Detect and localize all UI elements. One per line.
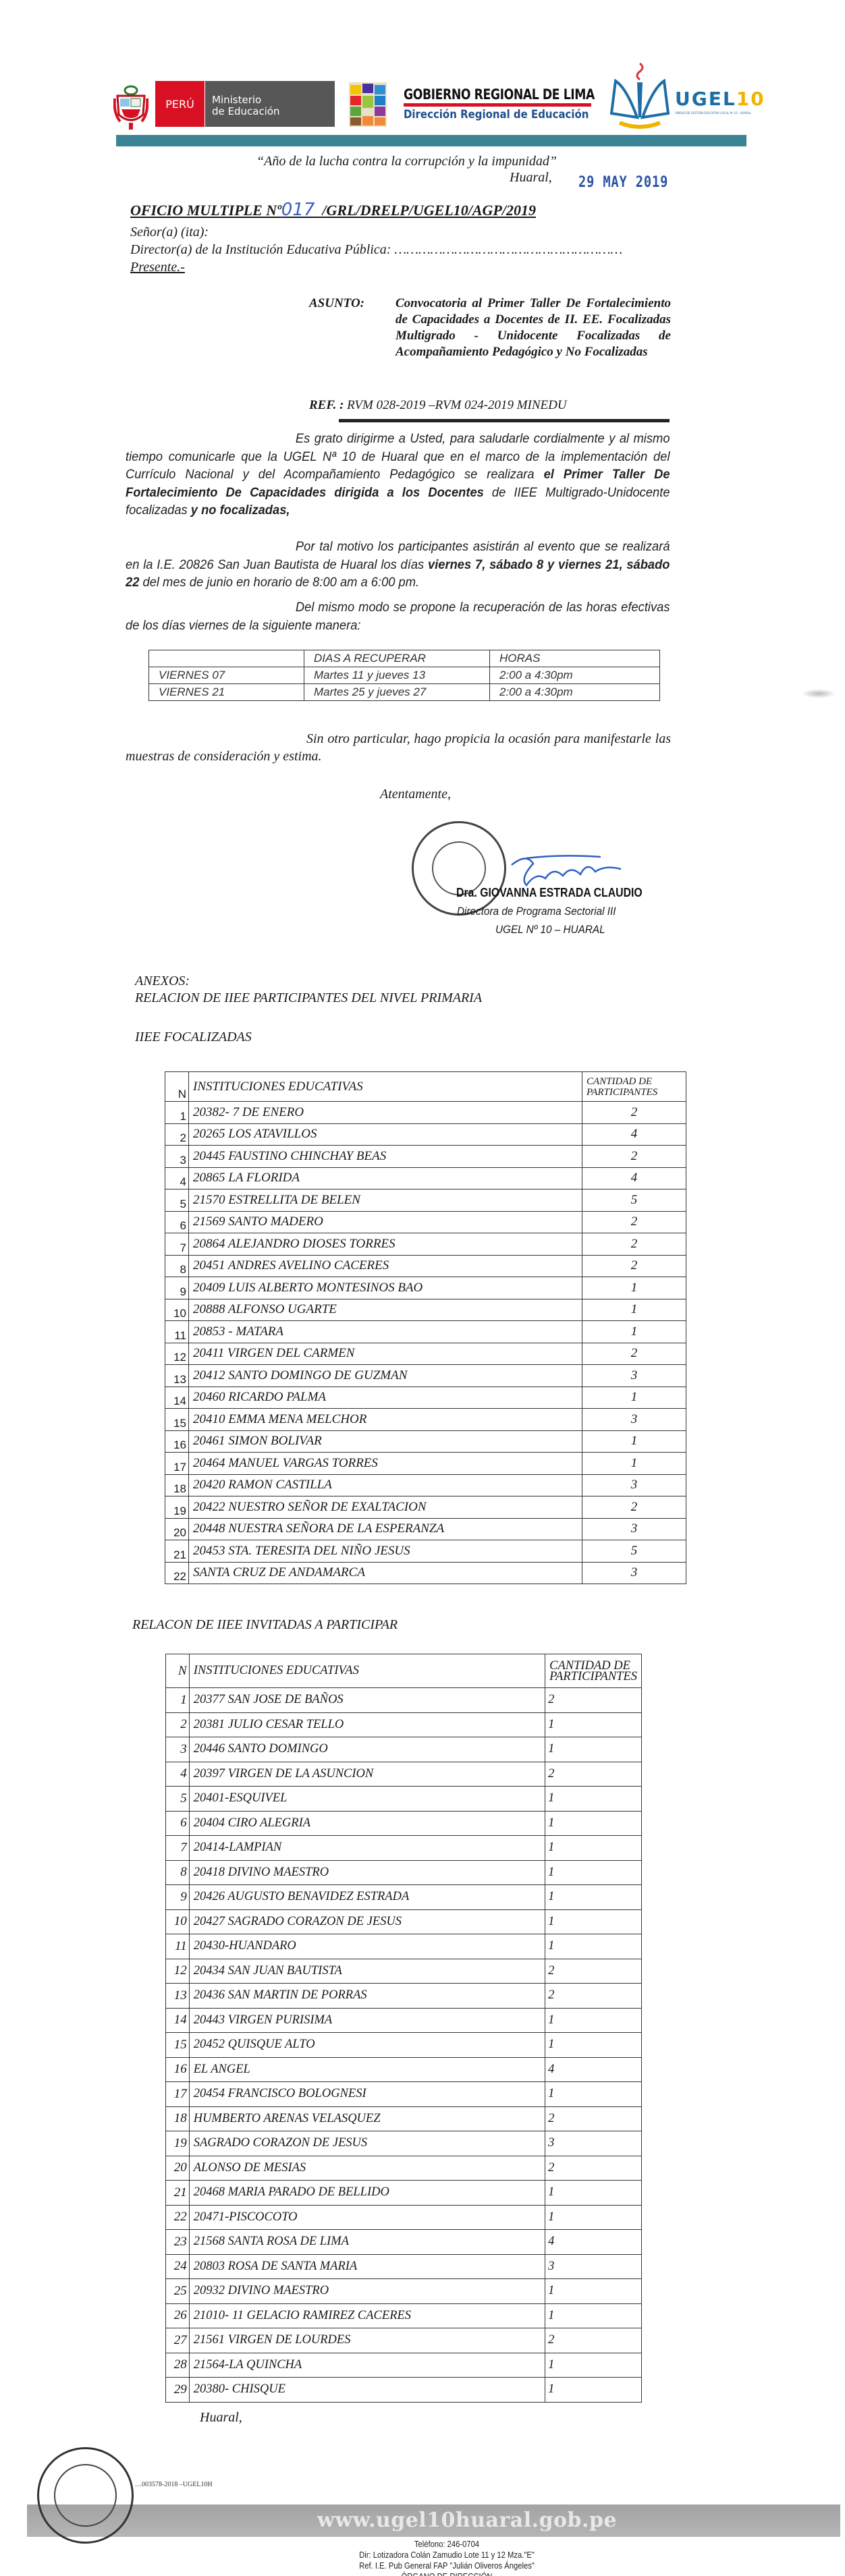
table-row: 220381 JULIO CESAR TELLO1 — [166, 1712, 642, 1737]
row-number: 17 — [165, 1453, 189, 1475]
closing-place: Huaral, — [200, 2410, 242, 2426]
institution-name: 20888 ALFONSO UGARTE — [189, 1299, 582, 1321]
participant-count: 2 — [582, 1211, 686, 1233]
institution-name: 21569 SANTO MADERO — [189, 1211, 582, 1233]
participant-count: 1 — [582, 1321, 686, 1343]
institution-name: 20454 FRANCISCO BOLOGNESI — [189, 2082, 545, 2107]
row-number: 20 — [166, 2156, 190, 2181]
row-number: 15 — [165, 1409, 189, 1431]
row-number: 19 — [166, 2131, 190, 2156]
row-number: 19 — [165, 1496, 189, 1519]
table-row: 520401-ESQUIVEL1 — [166, 1787, 642, 1812]
stamp-note: …003578-2018 –UGEL10H — [135, 2481, 213, 2488]
row-number: 25 — [166, 2279, 190, 2304]
institution-name: 20380- CHISQUE — [189, 2378, 545, 2403]
date-stamp: 29 MAY 2019 — [578, 174, 668, 191]
addressee-salutation: Señor(a) (ita): — [130, 225, 209, 240]
row-number: 11 — [165, 1321, 189, 1343]
row-number: 1 — [166, 1688, 190, 1713]
participant-count: 1 — [545, 1811, 642, 1836]
institution-name: 20468 MARIA PARADO DE BELLIDO — [189, 2181, 545, 2206]
p2-text-c: del mes de junio en horario de 8:00 am a… — [139, 575, 419, 590]
table-row: 1520452 QUISQUE ALTO1 — [166, 2033, 642, 2058]
row-number: 14 — [165, 1387, 189, 1409]
addressee-institution: Director(a) de la Institución Educativa … — [130, 242, 622, 258]
participant-count: 3 — [582, 1409, 686, 1431]
institution-name: 20446 SANTO DOMINGO — [189, 1737, 545, 1762]
table-header-row: DIAS A RECUPERAR HORAS — [149, 650, 660, 667]
participant-count: 1 — [545, 2033, 642, 2058]
table-header-row: NINSTITUCIONES EDUCATIVASCANTIDAD DE PAR… — [166, 1654, 642, 1688]
institution-name: SAGRADO CORAZON DE JESUS — [189, 2131, 545, 2156]
institution-name: 20461 SIMON BOLIVAR — [189, 1430, 582, 1453]
row-number: 3 — [166, 1737, 190, 1762]
participant-count: 2 — [545, 2106, 642, 2131]
oficio-number: OFICIO MULTIPLE Nº017 /GRL/DRELP/UGEL10/… — [130, 200, 536, 220]
table-cell: Martes 25 y jueves 27 — [304, 684, 490, 701]
body-paragraph-2: Por tal motivo los participantes asistir… — [126, 538, 670, 592]
institution-name: 20401-ESQUIVEL — [189, 1787, 545, 1812]
participant-count: 2 — [545, 1762, 642, 1787]
row-number: 22 — [165, 1562, 189, 1584]
place-label: Huaral, — [510, 170, 552, 186]
participant-count: 2 — [545, 1959, 642, 1984]
row-number: 27 — [166, 2328, 190, 2353]
table-row: VIERNES 21 Martes 25 y jueves 27 2:00 a … — [149, 684, 660, 701]
table-row: 2020448 NUESTRA SEÑORA DE LA ESPERANZA3 — [165, 1518, 686, 1540]
header-institution: INSTITUCIONES EDUCATIVAS — [189, 1072, 582, 1102]
footer-website-link[interactable]: www.ugel10huaral.gob.pe — [317, 2509, 617, 2532]
header-cell — [149, 650, 304, 667]
row-number: 16 — [165, 1430, 189, 1453]
body-paragraph-1: Es grato dirigirme a Usted, para saludar… — [126, 430, 670, 520]
header-institution: INSTITUCIONES EDUCATIVAS — [189, 1654, 545, 1688]
table-row: 1320412 SANTO DOMINGO DE GUZMAN3 — [165, 1365, 686, 1387]
addressee-presente: Presente.- — [130, 260, 185, 275]
table-row: 1620461 SIMON BOLIVAR1 — [165, 1430, 686, 1453]
footer-reference: Ref. I.E. Pub General FAP "Julián Oliver… — [265, 2561, 629, 2571]
participant-count: 1 — [545, 1737, 642, 1762]
institution-name: 20464 MANUEL VARGAS TORRES — [189, 1453, 582, 1475]
asunto-block: ASUNTO: Convocatoria al Primer Taller De… — [309, 296, 671, 360]
institution-name: 20430-HUANDARO — [189, 1934, 545, 1959]
participant-count: 3 — [582, 1474, 686, 1496]
table-row: 2920380- CHISQUE1 — [166, 2378, 642, 2403]
ministerio-educacion-logo: Ministerio de Educación — [205, 81, 335, 127]
gobierno-regional-divider — [404, 103, 591, 107]
horizontal-rule — [339, 419, 670, 422]
institution-name: 21570 ESTRELLITA DE BELEN — [189, 1189, 582, 1212]
participant-count: 1 — [545, 1787, 642, 1812]
oficio-handwritten-number: 017 — [281, 200, 315, 220]
institution-name: HUMBERTO ARENAS VELASQUEZ — [189, 2106, 545, 2131]
institution-name: 20404 CIRO ALEGRIA — [189, 1811, 545, 1836]
table-row: 2621010- 11 GELACIO RAMIREZ CACERES1 — [166, 2303, 642, 2328]
participant-count: 1 — [545, 2008, 642, 2033]
scan-smudge — [802, 689, 836, 698]
row-number: 7 — [166, 1836, 190, 1861]
table-row: 620404 CIRO ALEGRIA1 — [166, 1811, 642, 1836]
stamp-inner-ring — [54, 2464, 117, 2527]
header-cell: HORAS — [490, 650, 660, 667]
institution-name: 20397 VIRGEN DE LA ASUNCION — [189, 1762, 545, 1787]
invited-section-title: RELACON DE IIEE INVITADAS A PARTICIPAR — [132, 1617, 398, 1633]
annex-label: ANEXOS: — [135, 974, 190, 989]
table-cell: VIERNES 07 — [149, 667, 304, 684]
row-number: 9 — [165, 1277, 189, 1299]
row-number: 18 — [166, 2106, 190, 2131]
signer-name: Dra. GIOVANNA ESTRADA CLAUDIO — [456, 886, 643, 900]
table-row: 120377 SAN JOSE DE BAÑOS2 — [166, 1688, 642, 1713]
participant-count: 1 — [582, 1453, 686, 1475]
row-number: 2 — [165, 1123, 189, 1146]
table-row: 2821564-LA QUINCHA1 — [166, 2353, 642, 2378]
row-number: 5 — [166, 1787, 190, 1812]
institution-name: 21568 SANTA ROSA DE LIMA — [189, 2230, 545, 2255]
header-divider-band — [116, 135, 746, 146]
participant-count: 3 — [582, 1562, 686, 1584]
participant-count: 2 — [582, 1496, 686, 1519]
table-cell: 2:00 a 4:30pm — [490, 684, 660, 701]
institution-name: 20434 SAN JUAN BAUTISTA — [189, 1959, 545, 1984]
peru-logo: PERÚ — [155, 81, 205, 127]
table-row: 22SANTA CRUZ DE ANDAMARCA3 — [165, 1562, 686, 1584]
ugel-wordmark: UGEL10 — [675, 88, 765, 110]
signer-role: Directora de Programa Sectorial III — [457, 905, 616, 918]
table-cell: 2:00 a 4:30pm — [490, 667, 660, 684]
table-row: 1020427 SAGRADO CORAZON DE JESUS1 — [166, 1909, 642, 1934]
table-row: 320445 FAUSTINO CHINCHAY BEAS2 — [165, 1146, 686, 1168]
row-number: 22 — [166, 2205, 190, 2230]
asunto-label: ASUNTO: — [309, 296, 364, 310]
row-number: 4 — [166, 1762, 190, 1787]
table-row: VIERNES 07 Martes 11 y jueves 13 2:00 a … — [149, 667, 660, 684]
table-row: 2520932 DIVINO MAESTRO1 — [166, 2279, 642, 2304]
table-row: 1920422 NUESTRO SEÑOR DE EXALTACION2 — [165, 1496, 686, 1519]
row-number: 12 — [166, 1959, 190, 1984]
table-row: 1220434 SAN JUAN BAUTISTA2 — [166, 1959, 642, 1984]
footer-address: Dir: Lotizadora Colán Zamudio Lote 11 y … — [265, 2550, 629, 2560]
table-row: 320446 SANTO DOMINGO1 — [166, 1737, 642, 1762]
participant-count: 3 — [582, 1365, 686, 1387]
ugel-book-torch-logo-icon — [606, 61, 680, 135]
header-n: N — [165, 1072, 189, 1102]
participant-count: 5 — [582, 1540, 686, 1563]
row-number: 28 — [166, 2353, 190, 2378]
table-row: 18HUMBERTO ARENAS VELASQUEZ2 — [166, 2106, 642, 2131]
table-row: 1820420 RAMON CASTILLA3 — [165, 1474, 686, 1496]
institution-name: 20420 RAMON CASTILLA — [189, 1474, 582, 1496]
footer-phone: Teléfono: 246-0704 — [265, 2540, 629, 2549]
row-number: 8 — [165, 1255, 189, 1277]
table-row: 720864 ALEJANDRO DIOSES TORRES2 — [165, 1233, 686, 1256]
regards-text: Atentamente, — [380, 787, 451, 802]
table-row: 820451 ANDRES AVELINO CACERES2 — [165, 1255, 686, 1277]
row-number: 12 — [165, 1343, 189, 1365]
table-row: 120382- 7 DE ENERO2 — [165, 1102, 686, 1124]
table-row: 1220411 VIRGEN DEL CARMEN2 — [165, 1343, 686, 1365]
table-row: 2120468 MARIA PARADO DE BELLIDO1 — [166, 2181, 642, 2206]
row-number: 14 — [166, 2008, 190, 2033]
table-row: 16EL ANGEL4 — [166, 2057, 642, 2082]
table-row: 1420460 RICARDO PALMA1 — [165, 1387, 686, 1409]
table-row: 920409 LUIS ALBERTO MONTESINOS BAO1 — [165, 1277, 686, 1299]
table-row: 2321568 SANTA ROSA DE LIMA4 — [166, 2230, 642, 2255]
signer-organization: UGEL Nº 10 – HUARAL — [495, 923, 605, 936]
focal-institutions-table: NINSTITUCIONES EDUCATIVASCANTIDAD DE PAR… — [165, 1071, 686, 1584]
participant-count: 1 — [545, 1860, 642, 1885]
ref-label: REF. : — [309, 398, 344, 412]
table-row: 20ALONSO DE MESIAS2 — [166, 2156, 642, 2181]
participant-count: 5 — [582, 1189, 686, 1212]
institution-name: 20448 NUESTRA SEÑORA DE LA ESPERANZA — [189, 1518, 582, 1540]
oficio-prefix: OFICIO MULTIPLE Nº — [130, 202, 281, 219]
institution-name: EL ANGEL — [189, 2057, 545, 2082]
row-number: 13 — [166, 1984, 190, 2009]
participant-count: 2 — [545, 1688, 642, 1713]
invited-institutions-table: NINSTITUCIONES EDUCATIVASCANTIDAD DE PAR… — [165, 1654, 642, 2403]
institution-name: 20864 ALEJANDRO DIOSES TORRES — [189, 1233, 582, 1256]
ugel-subtitle: UNIDAD DE GESTIÓN EDUCATIVA LOCAL Nº 10 … — [675, 111, 751, 115]
institution-name: 20853 - MATARA — [189, 1321, 582, 1343]
institution-name: 20422 NUESTRO SEÑOR DE EXALTACION — [189, 1496, 582, 1519]
footer-office: ÓRGANO DE DIRECCIÓN — [265, 2572, 629, 2576]
table-row: 2420803 ROSA DE SANTA MARIA3 — [166, 2254, 642, 2279]
row-number: 29 — [166, 2378, 190, 2403]
row-number: 3 — [165, 1146, 189, 1168]
reference-line: REF. : RVM 028-2019 –RVM 024-2019 MINEDU — [309, 398, 567, 413]
table-row: 1420443 VIRGEN PURISIMA1 — [166, 2008, 642, 2033]
ref-text: RVM 028-2019 –RVM 024-2019 MINEDU — [347, 398, 566, 412]
institution-name: 20418 DIVINO MAESTRO — [189, 1860, 545, 1885]
institution-name: 20445 FAUSTINO CHINCHAY BEAS — [189, 1146, 582, 1168]
row-number: 26 — [166, 2303, 190, 2328]
participant-count: 1 — [545, 2303, 642, 2328]
row-number: 8 — [166, 1860, 190, 1885]
participant-count: 2 — [545, 2328, 642, 2353]
row-number: 13 — [165, 1365, 189, 1387]
institution-name: 20382- 7 DE ENERO — [189, 1102, 582, 1124]
participant-count: 3 — [545, 2254, 642, 2279]
participant-count: 1 — [545, 1909, 642, 1934]
row-number: 21 — [165, 1540, 189, 1563]
institution-name: 20803 ROSA DE SANTA MARIA — [189, 2254, 545, 2279]
participant-count: 1 — [582, 1387, 686, 1409]
institution-name: ALONSO DE MESIAS — [189, 2156, 545, 2181]
institution-name: 20471-PISCOCOTO — [189, 2205, 545, 2230]
header-count: CANTIDAD DE PARTICIPANTES — [582, 1072, 686, 1102]
row-number: 10 — [165, 1299, 189, 1321]
institution-name: 20377 SAN JOSE DE BAÑOS — [189, 1688, 545, 1713]
institution-name: 21564-LA QUINCHA — [189, 2353, 545, 2378]
table-row: 2120453 STA. TERESITA DEL NIÑO JESUS5 — [165, 1540, 686, 1563]
participant-count: 1 — [545, 2082, 642, 2107]
direccion-regional-title: Dirección Regional de Educación — [404, 108, 589, 121]
participant-count: 1 — [545, 2353, 642, 2378]
institution-name: 20932 DIVINO MAESTRO — [189, 2279, 545, 2304]
ministerio-line1: Ministerio — [212, 94, 335, 106]
table-cell: Martes 11 y jueves 13 — [304, 667, 490, 684]
participant-count: 2 — [582, 1146, 686, 1168]
institution-name: 21010- 11 GELACIO RAMIREZ CACERES — [189, 2303, 545, 2328]
row-number: 11 — [166, 1934, 190, 1959]
row-number: 5 — [165, 1189, 189, 1212]
ministerio-line2: de Educación — [212, 106, 335, 117]
participant-count: 1 — [545, 2378, 642, 2403]
participant-count: 2 — [582, 1102, 686, 1124]
institution-name: SANTA CRUZ DE ANDAMARCA — [189, 1562, 582, 1584]
participant-count: 2 — [582, 1233, 686, 1256]
table-row: 521570 ESTRELLITA DE BELEN5 — [165, 1189, 686, 1212]
institution-name: 20381 JULIO CESAR TELLO — [189, 1712, 545, 1737]
participant-count: 4 — [545, 2230, 642, 2255]
row-number: 2 — [166, 1712, 190, 1737]
row-number: 21 — [166, 2181, 190, 2206]
gobierno-regional-logo-icon — [349, 82, 387, 127]
institution-name: 20265 LOS ATAVILLOS — [189, 1123, 582, 1146]
participant-count: 1 — [582, 1430, 686, 1453]
institution-name: 20411 VIRGEN DEL CARMEN — [189, 1343, 582, 1365]
participant-count: 3 — [582, 1518, 686, 1540]
table-row: 1120853 - MATARA1 — [165, 1321, 686, 1343]
focal-section-title: IIEE FOCALIZADAS — [135, 1030, 252, 1045]
participant-count: 2 — [545, 1984, 642, 2009]
p1-text-bold-2: y no focalizadas, — [191, 503, 290, 517]
header-count: CANTIDAD DE PARTICIPANTES — [545, 1654, 642, 1688]
row-number: 20 — [165, 1518, 189, 1540]
institution-name: 20453 STA. TERESITA DEL NIÑO JESUS — [189, 1540, 582, 1563]
table-row: 920426 AUGUSTO BENAVIDEZ ESTRADA1 — [166, 1885, 642, 1910]
row-number: 10 — [166, 1909, 190, 1934]
participant-count: 1 — [545, 2181, 642, 2206]
institution-name: 20436 SAN MARTIN DE PORRAS — [189, 1984, 545, 2009]
participant-count: 4 — [582, 1123, 686, 1146]
annex-title: RELACION DE IIEE PARTICIPANTES DEL NIVEL… — [135, 990, 482, 1006]
institution-name: 20426 AUGUSTO BENAVIDEZ ESTRADA — [189, 1885, 545, 1910]
table-row: 2721561 VIRGEN DE LOURDES2 — [166, 2328, 642, 2353]
row-number: 7 — [165, 1233, 189, 1256]
row-number: 23 — [166, 2230, 190, 2255]
row-number: 1 — [165, 1102, 189, 1124]
row-number: 15 — [166, 2033, 190, 2058]
institution-name: 21561 VIRGEN DE LOURDES — [189, 2328, 545, 2353]
year-motto: “Año de la lucha contra la corrupción y … — [256, 154, 557, 169]
institution-name: 20409 LUIS ALBERTO MONTESINOS BAO — [189, 1277, 582, 1299]
participant-count: 2 — [582, 1343, 686, 1365]
institution-name: 20443 VIRGEN PURISIMA — [189, 2008, 545, 2033]
institution-name: 20460 RICARDO PALMA — [189, 1387, 582, 1409]
ugel-number: 10 — [736, 88, 765, 110]
row-number: 6 — [166, 1811, 190, 1836]
participant-count: 1 — [545, 1712, 642, 1737]
row-number: 17 — [166, 2082, 190, 2107]
table-row: 220265 LOS ATAVILLOS4 — [165, 1123, 686, 1146]
closing-paragraph: Sin otro particular, hago propicia la oc… — [126, 730, 671, 765]
participant-count: 2 — [545, 2156, 642, 2181]
row-number: 24 — [166, 2254, 190, 2279]
recovery-schedule-table: DIAS A RECUPERAR HORAS VIERNES 07 Martes… — [148, 650, 660, 701]
table-row: 19SAGRADO CORAZON DE JESUS3 — [166, 2131, 642, 2156]
participant-count: 1 — [582, 1277, 686, 1299]
participant-count: 1 — [545, 2205, 642, 2230]
body-paragraph-3: Del mismo modo se propone la recuperació… — [126, 598, 670, 634]
table-row: 1520410 EMMA MENA MELCHOR3 — [165, 1409, 686, 1431]
participant-count: 4 — [582, 1167, 686, 1189]
participant-count: 2 — [582, 1255, 686, 1277]
participant-count: 1 — [545, 1934, 642, 1959]
participant-count: 3 — [545, 2131, 642, 2156]
table-row: 1120430-HUANDARO1 — [166, 1934, 642, 1959]
table-row: 420865 LA FLORIDA4 — [165, 1167, 686, 1189]
institution-name: 20865 LA FLORIDA — [189, 1167, 582, 1189]
institution-name: 20451 ANDRES AVELINO CACERES — [189, 1255, 582, 1277]
peru-label: PERÚ — [165, 98, 194, 111]
participant-count: 1 — [545, 1885, 642, 1910]
participant-count: 4 — [545, 2057, 642, 2082]
table-row: 1720454 FRANCISCO BOLOGNESI1 — [166, 2082, 642, 2107]
institution-name: 20452 QUISQUE ALTO — [189, 2033, 545, 2058]
table-header-row: NINSTITUCIONES EDUCATIVASCANTIDAD DE PAR… — [165, 1072, 686, 1102]
header-n: N — [166, 1654, 190, 1688]
row-number: 4 — [165, 1167, 189, 1189]
institution-name: 20427 SAGRADO CORAZON DE JESUS — [189, 1909, 545, 1934]
participant-count: 1 — [582, 1299, 686, 1321]
gobierno-regional-title: GOBIERNO REGIONAL DE LIMA — [404, 86, 595, 103]
institution-name: 20410 EMMA MENA MELCHOR — [189, 1409, 582, 1431]
header-cell: DIAS A RECUPERAR — [304, 650, 490, 667]
row-number: 18 — [165, 1474, 189, 1496]
table-row: 820418 DIVINO MAESTRO1 — [166, 1860, 642, 1885]
table-row: 1020888 ALFONSO UGARTE1 — [165, 1299, 686, 1321]
table-row: 621569 SANTO MADERO2 — [165, 1211, 686, 1233]
participant-count: 1 — [545, 2279, 642, 2304]
row-number: 6 — [165, 1211, 189, 1233]
table-cell: VIERNES 21 — [149, 684, 304, 701]
oficio-suffix: /GRL/DRELP/UGEL10/AGP/2019 — [322, 202, 536, 219]
institution-name: 20414-LAMPIAN — [189, 1836, 545, 1861]
participant-count: 1 — [545, 1836, 642, 1861]
row-number: 9 — [166, 1885, 190, 1910]
table-row: 1320436 SAN MARTIN DE PORRAS2 — [166, 1984, 642, 2009]
institution-name: 20412 SANTO DOMINGO DE GUZMAN — [189, 1365, 582, 1387]
ugel-word: UGEL — [675, 88, 736, 110]
table-row: 2220471-PISCOCOTO1 — [166, 2205, 642, 2230]
peru-coat-of-arms-icon — [113, 81, 148, 131]
table-row: 720414-LAMPIAN1 — [166, 1836, 642, 1861]
table-row: 1720464 MANUEL VARGAS TORRES1 — [165, 1453, 686, 1475]
row-number: 16 — [166, 2057, 190, 2082]
table-row: 420397 VIRGEN DE LA ASUNCION2 — [166, 1762, 642, 1787]
